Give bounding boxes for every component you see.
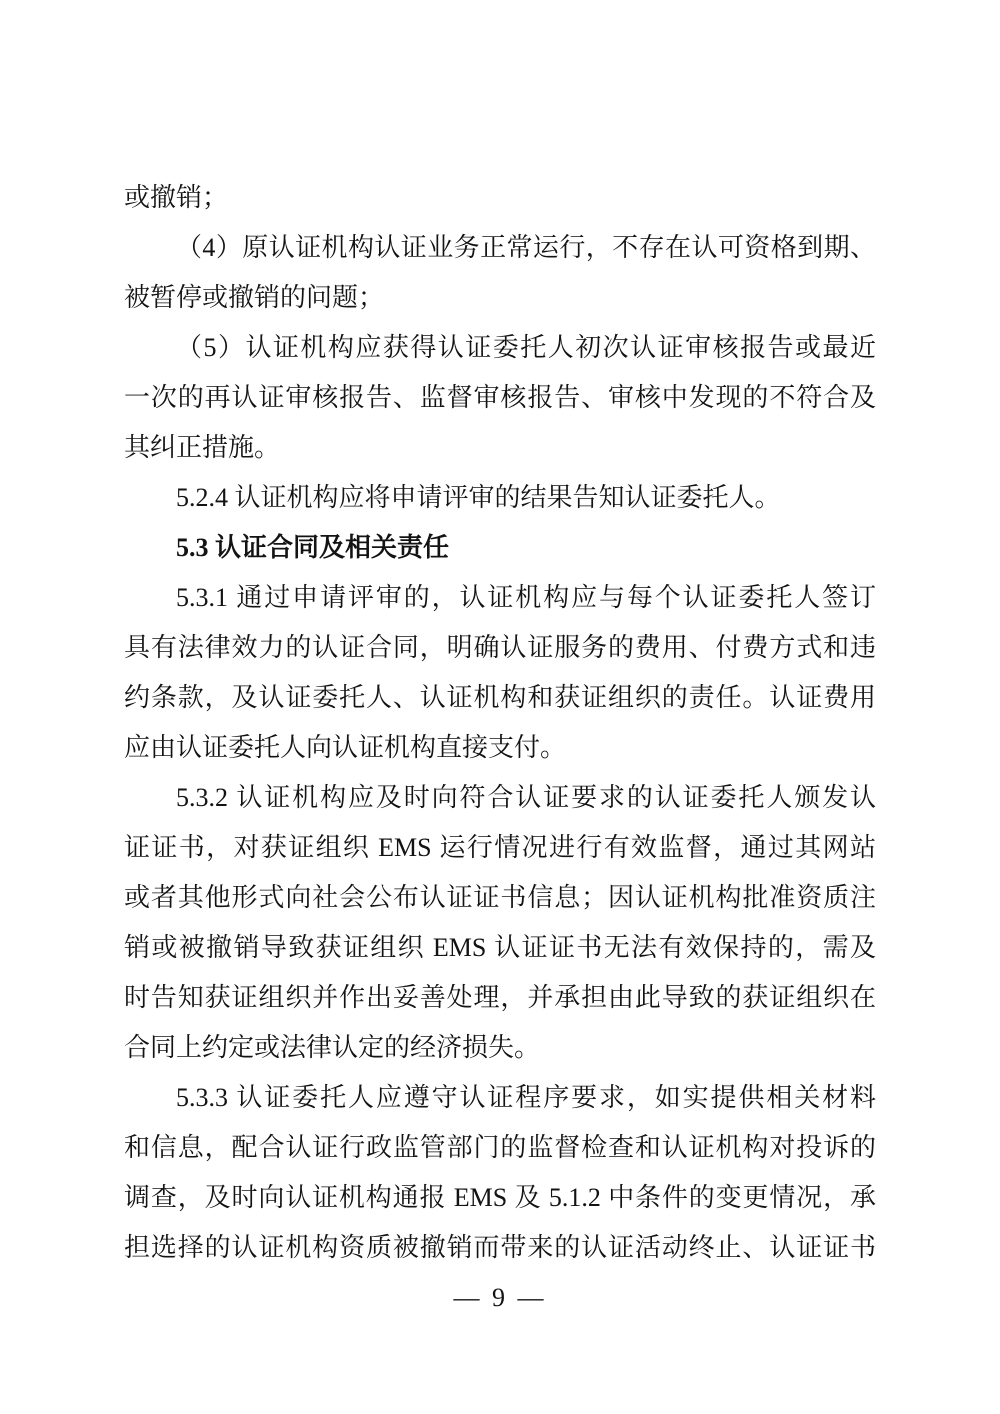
text-line: 证证书，对获证组织 EMS 运行情况进行有效监督，通过其网站 (124, 823, 876, 873)
text-line: 销或被撤销导致获证组织 EMS 认证证书无法有效保持的，需及 (124, 923, 876, 973)
page-number: — 9 — (454, 1283, 547, 1312)
text-line: 约条款，及认证委托人、认证机构和获证组织的责任。认证费用 (124, 673, 876, 723)
text-line: 一次的再认证审核报告、监督审核报告、审核中发现的不符合及 (124, 373, 876, 423)
text-line: 5.3.1 通过申请评审的，认证机构应与每个认证委托人签订 (124, 573, 876, 623)
text-line: 时告知获证组织并作出妥善处理，并承担由此导致的获证组织在 (124, 973, 876, 1023)
text-line: 5.3.2 认证机构应及时向符合认证要求的认证委托人颁发认 (124, 773, 876, 823)
document-page: 或撤销；（4）原认证机构认证业务正常运行，不存在认可资格到期、被暂停或撤销的问题… (0, 0, 1000, 1414)
text-line: （4）原认证机构认证业务正常运行，不存在认可资格到期、 (124, 223, 876, 273)
text-line: 应由认证委托人向认证机构直接支付。 (124, 723, 876, 773)
text-line: 被暂停或撤销的问题； (124, 273, 876, 323)
text-line: 合同上约定或法律认定的经济损失。 (124, 1023, 876, 1073)
text-line: 5.3.3 认证委托人应遵守认证程序要求，如实提供相关材料 (124, 1073, 876, 1123)
text-line: （5）认证机构应获得认证委托人初次认证审核报告或最近 (124, 323, 876, 373)
text-line: 具有法律效力的认证合同，明确认证服务的费用、付费方式和违 (124, 623, 876, 673)
document-body: 或撤销；（4）原认证机构认证业务正常运行，不存在认可资格到期、被暂停或撤销的问题… (124, 173, 876, 1273)
text-line: 其纠正措施。 (124, 423, 876, 473)
page-footer: — 9 — (0, 1273, 1000, 1323)
text-line: 或者其他形式向社会公布认证证书信息；因认证机构批准资质注 (124, 873, 876, 923)
text-line: 5.2.4 认证机构应将申请评审的结果告知认证委托人。 (124, 473, 876, 523)
text-line: 调查，及时向认证机构通报 EMS 及 5.1.2 中条件的变更情况，承 (124, 1173, 876, 1223)
text-line: 担选择的认证机构资质被撤销而带来的认证活动终止、认证证书 (124, 1223, 876, 1273)
text-line: 或撤销； (124, 173, 876, 223)
section-heading: 5.3 认证合同及相关责任 (124, 523, 876, 573)
text-line: 和信息，配合认证行政监管部门的监督检查和认证机构对投诉的 (124, 1123, 876, 1173)
